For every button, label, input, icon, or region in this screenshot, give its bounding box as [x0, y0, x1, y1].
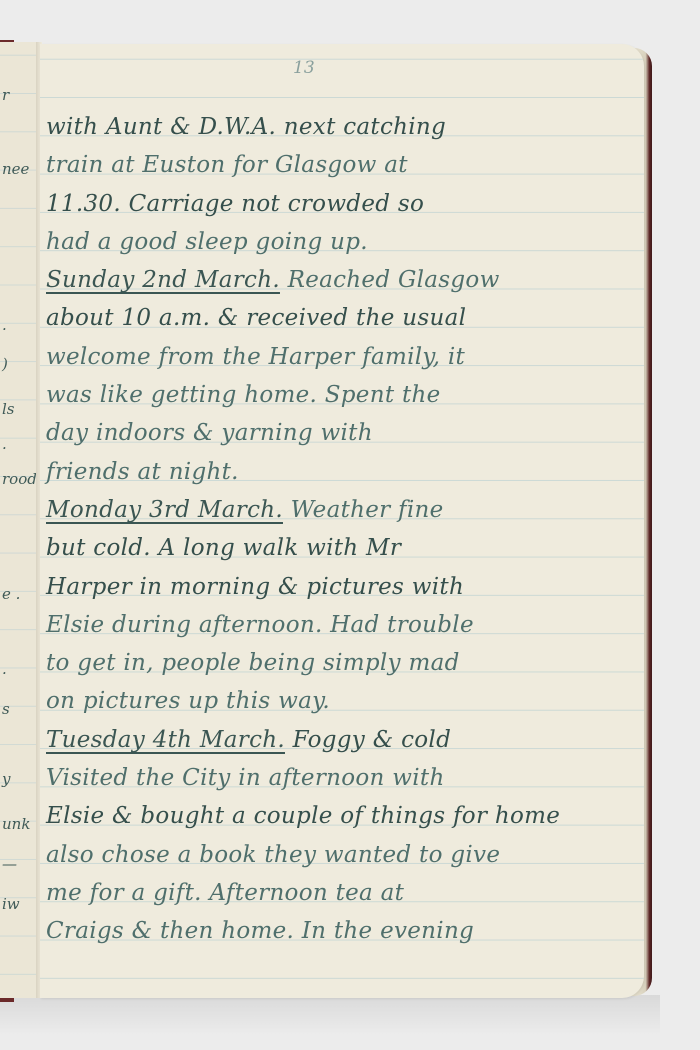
left-page-fragment: iw	[2, 895, 20, 913]
table-shadow	[0, 995, 660, 1035]
line-text: me for a gift. Afternoon tea at	[46, 880, 404, 906]
left-page-fragment: .	[2, 316, 7, 334]
text-line: on pictures up this way.	[46, 682, 644, 720]
text-line: Harper in morning & pictures with	[46, 568, 644, 606]
left-page-fragment: .	[2, 660, 7, 678]
line-text: but cold. A long walk with Mr	[46, 535, 401, 561]
text-line: day indoors & yarning with	[46, 414, 644, 452]
page-number: 13	[293, 58, 315, 78]
left-page-fragment: y	[2, 770, 10, 788]
line-text: Craigs & then home. In the evening	[46, 918, 474, 944]
line-text: Weather fine	[283, 497, 444, 523]
text-line: also chose a book they wanted to give	[46, 836, 644, 874]
text-line: was like getting home. Spent the	[46, 376, 644, 414]
text-line: Elsie & bought a couple of things for ho…	[46, 797, 644, 835]
line-text: Reached Glasgow	[280, 267, 500, 293]
left-page-fragment: s	[2, 700, 10, 718]
text-line: friends at night.	[46, 453, 644, 491]
line-text: 11.30. Carriage not crowded so	[46, 191, 424, 217]
diary-text: with Aunt & D.W.A. next catching train a…	[46, 108, 644, 951]
line-text: day indoors & yarning with	[46, 420, 373, 446]
line-text: Visited the City in afternoon with	[46, 765, 445, 791]
line-text: Foggy & cold	[285, 727, 451, 753]
left-page-fragment: —	[2, 855, 17, 873]
text-line: about 10 a.m. & received the usual	[46, 299, 644, 337]
entry-heading-line: Tuesday 4th March. Foggy & cold	[46, 721, 644, 759]
entry-date-heading: Tuesday 4th March.	[46, 727, 285, 753]
text-line: with Aunt & D.W.A. next catching	[46, 108, 644, 146]
left-page: rnee.)ls.roode ..syunk—iw	[0, 42, 39, 998]
line-text: about 10 a.m. & received the usual	[46, 305, 466, 331]
text-line: to get in, people being simply mad	[46, 644, 644, 682]
line-text: with Aunt & D.W.A. next catching	[46, 114, 446, 140]
text-line: but cold. A long walk with Mr	[46, 529, 644, 567]
entry-heading-line: Monday 3rd March. Weather fine	[46, 491, 644, 529]
right-page: 13 with Aunt & D.W.A. next catching trai…	[40, 44, 644, 998]
line-text: Elsie during afternoon. Had trouble	[46, 612, 474, 638]
text-line: Visited the City in afternoon with	[46, 759, 644, 797]
left-page-fragment: )	[2, 355, 8, 373]
line-text: was like getting home. Spent the	[46, 382, 441, 408]
entry-date-heading: Monday 3rd March.	[46, 497, 283, 523]
left-page-fragment: ls	[2, 400, 15, 418]
line-text: Elsie & bought a couple of things for ho…	[46, 803, 560, 829]
line-text: welcome from the Harper family, it	[46, 344, 465, 370]
text-line: Elsie during afternoon. Had trouble	[46, 606, 644, 644]
entry-heading-line: Sunday 2nd March. Reached Glasgow	[46, 261, 644, 299]
text-line: welcome from the Harper family, it	[46, 338, 644, 376]
left-page-fragment: unk	[2, 815, 30, 833]
line-text: also chose a book they wanted to give	[46, 842, 500, 868]
line-text: train at Euston for Glasgow at	[46, 152, 408, 178]
line-text: on pictures up this way.	[46, 688, 330, 714]
left-page-fragment: .	[2, 435, 7, 453]
text-line: me for a gift. Afternoon tea at	[46, 874, 644, 912]
left-page-fragment: e .	[2, 585, 20, 603]
left-page-fragment: rood	[2, 470, 37, 488]
text-line: train at Euston for Glasgow at	[46, 146, 644, 184]
text-line: 11.30. Carriage not crowded so	[46, 185, 644, 223]
left-page-fragment: r	[2, 86, 9, 104]
line-text: to get in, people being simply mad	[46, 650, 460, 676]
text-line: had a good sleep going up.	[46, 223, 644, 261]
line-text: Harper in morning & pictures with	[46, 574, 464, 600]
entry-date-heading: Sunday 2nd March.	[46, 267, 280, 293]
line-text: friends at night.	[46, 459, 239, 485]
left-page-fragment: nee	[2, 160, 29, 178]
text-line: Craigs & then home. In the evening	[46, 912, 644, 950]
line-text: had a good sleep going up.	[46, 229, 368, 255]
